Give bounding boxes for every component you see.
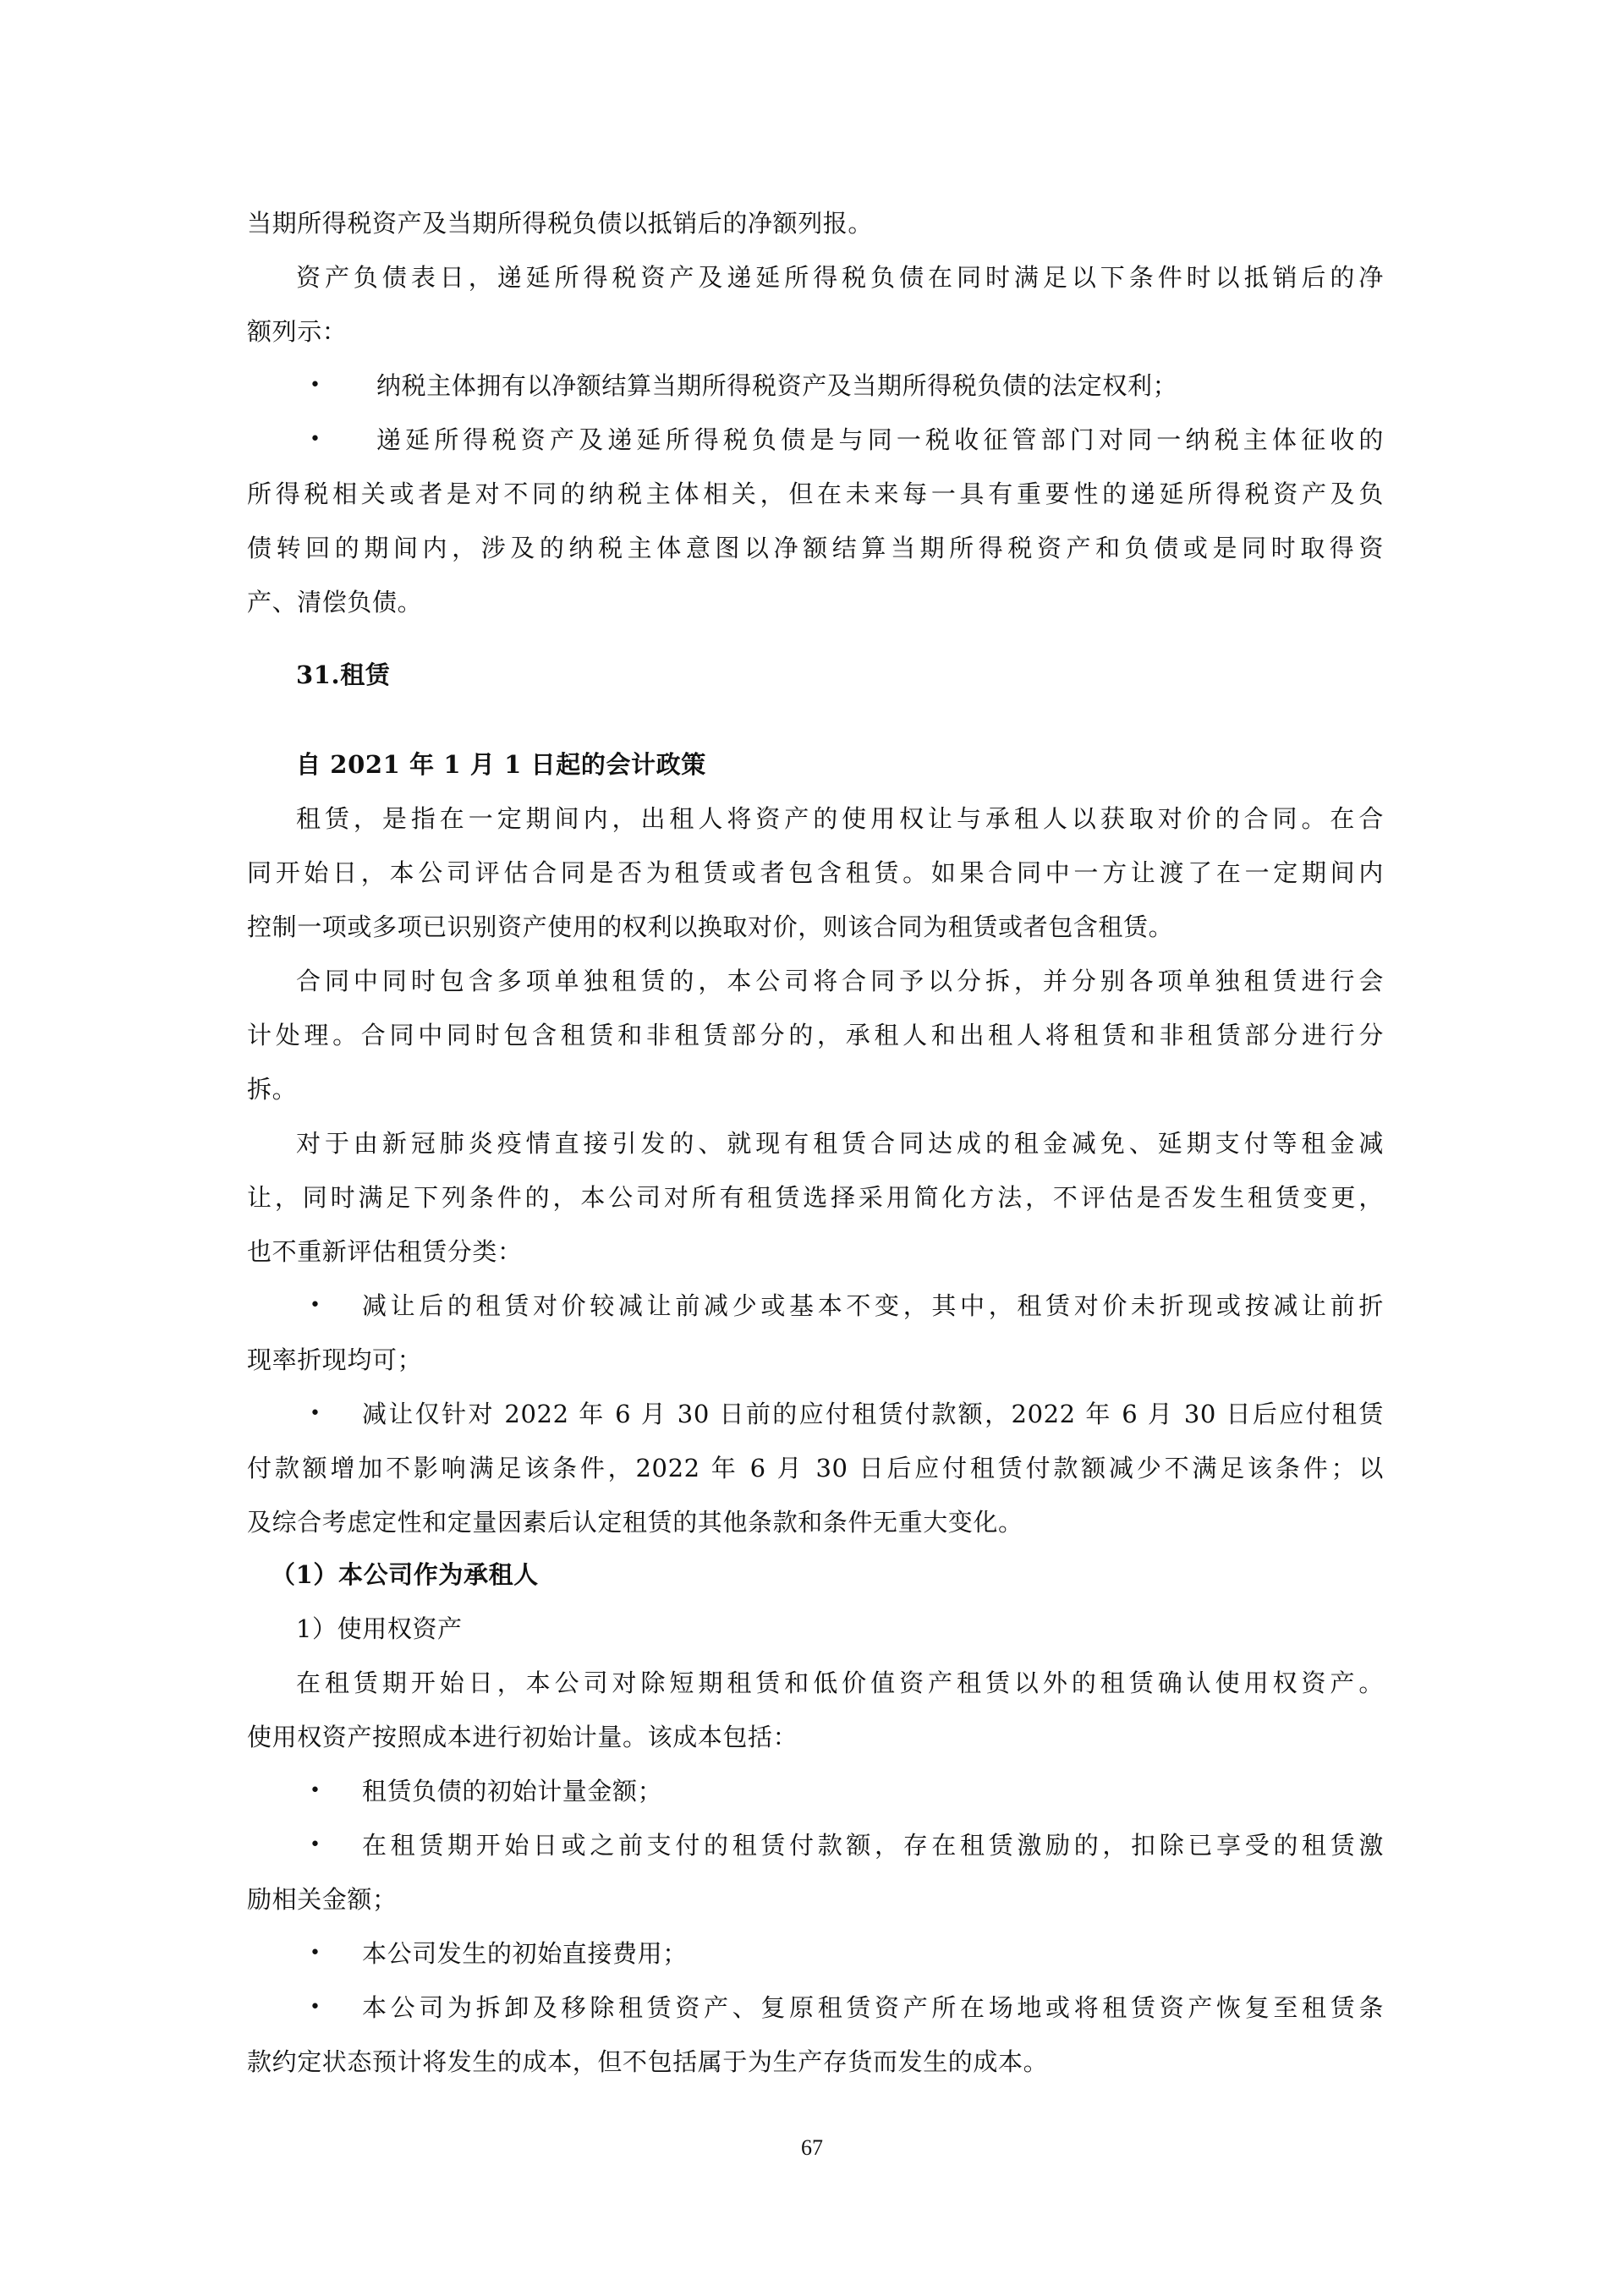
bullet-icon: • [310, 1387, 321, 1441]
bullet-text: 减让后的租赁对价较减让前减少或基本不变，其中，租赁对价未折现或按减让前折 [362, 1279, 1384, 1333]
paragraph-line: 同开始日，本公司评估合同是否为租赁或者包含租赁。如果合同中一方让渡了在一定期间内 [247, 846, 1384, 900]
paragraph-line: 所得税相关或者是对不同的纳税主体相关，但在未来每一具有重要性的递延所得税资产及负 [247, 467, 1384, 521]
bullet-text: 租赁负债的初始计量金额； [362, 1764, 662, 1818]
page-number: 67 [0, 2135, 1624, 2161]
paragraph-line: 现率折现均可； [247, 1333, 422, 1387]
paragraph-line: 租赁，是指在一定期间内，出租人将资产的使用权让与承租人以获取对价的合同。在合 [296, 792, 1384, 846]
bullet-item: • 租赁负债的初始计量金额； [247, 1764, 1384, 1818]
bullet-text: 本公司为拆卸及移除租赁资产、复原租赁资产所在场地或将租赁资产恢复至租赁条 [362, 1981, 1384, 2035]
bullet-icon: • [310, 1279, 321, 1333]
paragraph-line: 及综合考虑定性和定量因素后认定租赁的其他条款和条件无重大变化。 [247, 1495, 1023, 1549]
paragraph-line: 拆。 [247, 1062, 297, 1116]
paragraph-line: 让，同时满足下列条件的，本公司对所有租赁选择采用简化方法，不评估是否发生租赁变更… [247, 1170, 1384, 1225]
bullet-item: • 在租赁期开始日或之前支付的租赁付款额，存在租赁激励的，扣除已享受的租赁激 [247, 1818, 1384, 1872]
paragraph-line: 付款额增加不影响满足该条件，2022 年 6 月 30 日后应付租赁付款额减少不… [247, 1441, 1384, 1495]
policy-heading: 自 2021 年 1 月 1 日起的会计政策 [296, 737, 706, 792]
paragraph-line: 款约定状态预计将发生的成本，但不包括属于为生产存货而发生的成本。 [247, 2035, 1048, 2089]
paragraph-line: 控制一项或多项已识别资产使用的权利以换取对价，则该合同为租赁或者包含租赁。 [247, 900, 1173, 954]
paragraph-line: 在租赁期开始日，本公司对除短期租赁和低价值资产租赁以外的租赁确认使用权资产。 [296, 1656, 1384, 1710]
bullet-text: 递延所得税资产及递延所得税负债是与同一税收征管部门对同一纳税主体征收的 [376, 413, 1384, 467]
bullet-text: 本公司发生的初始直接费用； [362, 1926, 688, 1981]
bullet-icon: • [310, 1926, 321, 1981]
bullet-text: 减让仅针对 2022 年 6 月 30 日前的应付租赁付款额，2022 年 6 … [362, 1387, 1384, 1441]
paragraph-line: 债转回的期间内，涉及的纳税主体意图以净额结算当期所得税资产和负债或是同时取得资 [247, 521, 1384, 575]
bullet-item: • 减让仅针对 2022 年 6 月 30 日前的应付租赁付款额，2022 年 … [247, 1387, 1384, 1441]
paragraph-line: 使用权资产按照成本进行初始计量。该成本包括： [247, 1710, 798, 1764]
bullet-item: • 减让后的租赁对价较减让前减少或基本不变，其中，租赁对价未折现或按减让前折 [247, 1279, 1384, 1333]
bullet-text: 在租赁期开始日或之前支付的租赁付款额，存在租赁激励的，扣除已享受的租赁激 [362, 1818, 1384, 1872]
bullet-icon: • [310, 413, 321, 467]
bullet-item: • 本公司发生的初始直接费用； [247, 1926, 1384, 1981]
bullet-text: 纳税主体拥有以净额结算当期所得税资产及当期所得税负债的法定权利； [376, 359, 1177, 413]
bullet-icon: • [310, 1818, 321, 1872]
bullet-item: • 递延所得税资产及递延所得税负债是与同一税收征管部门对同一纳税主体征收的 [247, 413, 1384, 467]
paragraph-line: 励相关金额； [247, 1872, 398, 1926]
paragraph-line: 当期所得税资产及当期所得税负债以抵销后的净额列报。 [247, 196, 873, 250]
paragraph-line: 也不重新评估租赁分类： [247, 1225, 523, 1279]
paragraph-line: 计处理。合同中同时包含租赁和非租赁部分的，承租人和出租人将租赁和非租赁部分进行分 [247, 1008, 1384, 1062]
paragraph-line: 额列示： [247, 304, 347, 359]
bullet-item: • 纳税主体拥有以净额结算当期所得税资产及当期所得税负债的法定权利； [247, 359, 1384, 413]
bullet-item: • 本公司为拆卸及移除租赁资产、复原租赁资产所在场地或将租赁资产恢复至租赁条 [247, 1981, 1384, 2035]
bullet-icon: • [310, 359, 321, 413]
rou-heading: 1）使用权资产 [296, 1602, 463, 1656]
paragraph-line: 合同中同时包含多项单独租赁的，本公司将合同予以分拆，并分别各项单独租赁进行会 [296, 954, 1384, 1008]
lessee-heading: （1）本公司作为承租人 [271, 1548, 539, 1602]
bullet-icon: • [310, 1764, 321, 1818]
paragraph-line: 资产负债表日，递延所得税资产及递延所得税负债在同时满足以下条件时以抵销后的净 [296, 250, 1384, 304]
paragraph-line: 对于由新冠肺炎疫情直接引发的、就现有租赁合同达成的租金减免、延期支付等租金减 [296, 1116, 1384, 1170]
paragraph-line: 产、清偿负债。 [247, 575, 422, 629]
bullet-icon: • [310, 1981, 321, 2035]
section-heading: 31.租赁 [296, 648, 390, 702]
